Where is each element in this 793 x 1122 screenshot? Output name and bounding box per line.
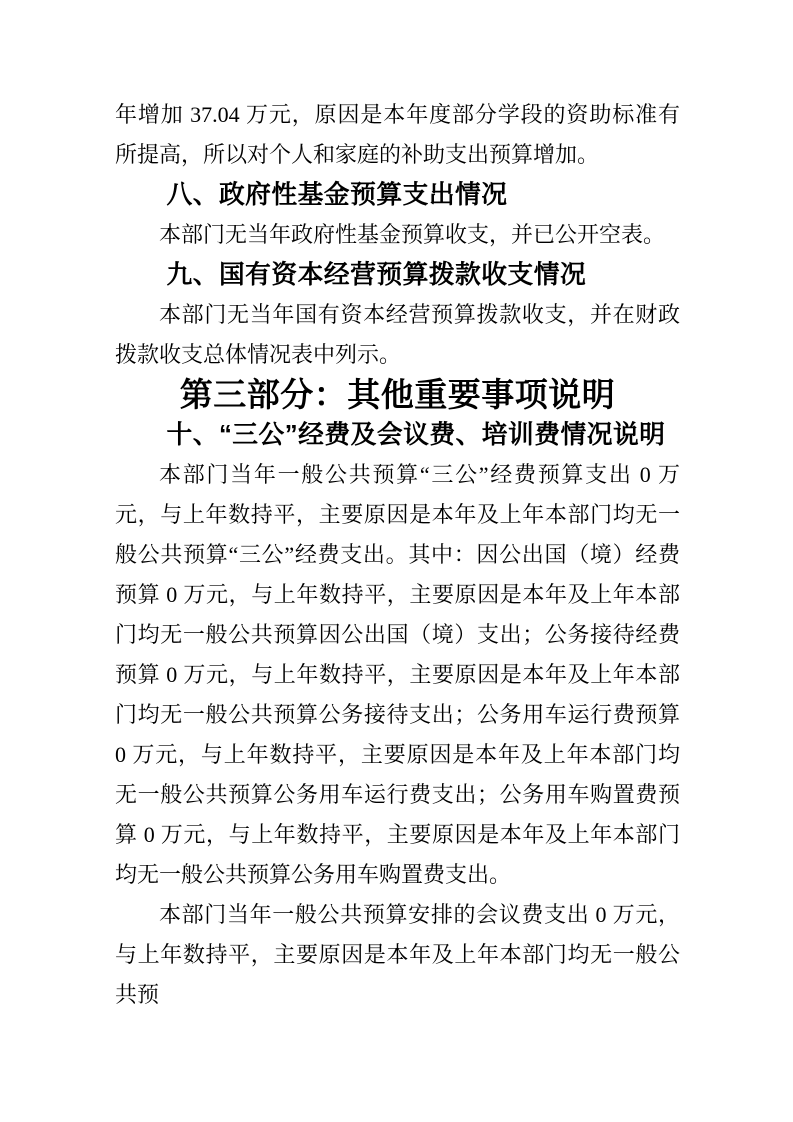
paragraph-state-capital-budget: 本部门无当年国有资本经营预算拨款收支，并在财政拨款收支总体情况表中列示。 bbox=[115, 295, 680, 375]
document-page: 年增加 37.04 万元，原因是本年度部分学段的资助标准有所提高，所以对个人和家… bbox=[0, 0, 793, 1122]
paragraph-government-fund-budget: 本部门无当年政府性基金预算收支，并已公开空表。 bbox=[115, 215, 680, 255]
paragraph-conference-fee: 本部门当年一般公共预算安排的会议费支出 0 万元，与上年数持平，主要原因是本年及… bbox=[115, 895, 680, 1015]
heading-section-10-three-public-expenses: 十、“三公”经费及会议费、培训费情况说明 bbox=[115, 415, 680, 455]
heading-section-8-government-fund-budget: 八、政府性基金预算支出情况 bbox=[115, 175, 680, 215]
paragraph-individual-family-subsidy-continuation: 年增加 37.04 万元，原因是本年度部分学段的资助标准有所提高，所以对个人和家… bbox=[115, 95, 680, 175]
heading-section-9-state-capital-budget: 九、国有资本经营预算拨款收支情况 bbox=[115, 255, 680, 295]
heading-part-3-other-important-matters: 第三部分：其他重要事项说明 bbox=[115, 375, 680, 415]
paragraph-three-public-expenses-detail: 本部门当年一般公共预算“三公”经费预算支出 0 万元，与上年数持平，主要原因是本… bbox=[115, 455, 680, 895]
